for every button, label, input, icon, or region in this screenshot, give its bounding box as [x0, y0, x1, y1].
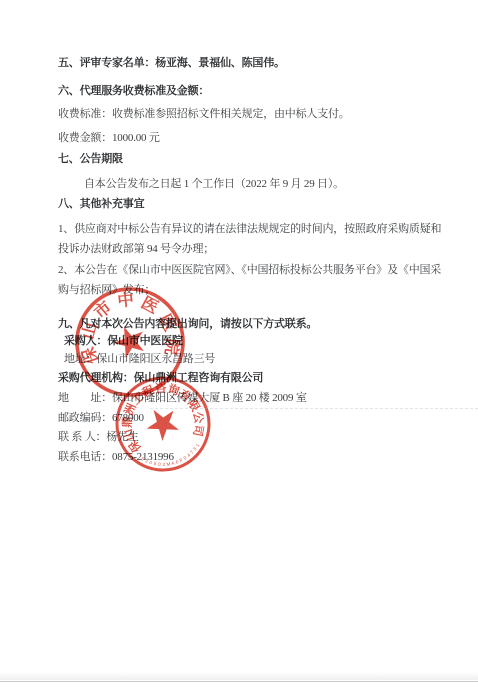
svg-text:5: 5 [153, 461, 157, 466]
svg-text:市: 市 [90, 296, 116, 322]
scanned-document-page: 五、评审专家名单：杨亚海、景福仙、陈国伟。 六、代理服务收费标准及金额： 收费标… [0, 0, 478, 692]
section-8-heading: 八、其他补充事宜 [58, 197, 450, 212]
svg-text:1: 1 [195, 442, 201, 447]
page-bottom-edge [0, 681, 478, 682]
svg-text:中: 中 [116, 289, 135, 311]
svg-text:鼎: 鼎 [120, 416, 135, 428]
svg-text:山: 山 [121, 427, 137, 442]
svg-text:司: 司 [190, 424, 206, 438]
svg-text:0: 0 [149, 460, 153, 466]
scan-edge-shadow [0, 672, 478, 680]
supplement-item-1: 1、供应商对中标公告有异议的请在法律法规规定的时间内，按照政府采购质疑和投诉办法… [58, 220, 450, 259]
section-6-heading: 六、代理服务收费标准及金额： [58, 84, 450, 99]
svg-text:0: 0 [158, 462, 161, 467]
fee-amount: 收费金额：1000.00 元 [58, 131, 450, 146]
agency-official-seal: 保山鼎洲工程咨询有限公司530502MA6P04731 [114, 375, 212, 473]
svg-text:咨: 咨 [155, 381, 168, 396]
section-7-heading: 七、公告期限 [58, 152, 450, 167]
svg-text:2: 2 [163, 462, 166, 467]
svg-text:院: 院 [161, 338, 183, 357]
announcement-period: 自本公告发布之日起 1 个工作日（2022 年 9 月 29 日）。 [58, 177, 476, 192]
scan-artifact-line [150, 408, 478, 409]
fee-standard: 收费标准：收费标准参照招标文件相关规定，由中标人支付。 [58, 107, 450, 122]
section-5-experts: 五、评审专家名单：杨亚海、景福仙、陈国伟。 [58, 56, 450, 71]
